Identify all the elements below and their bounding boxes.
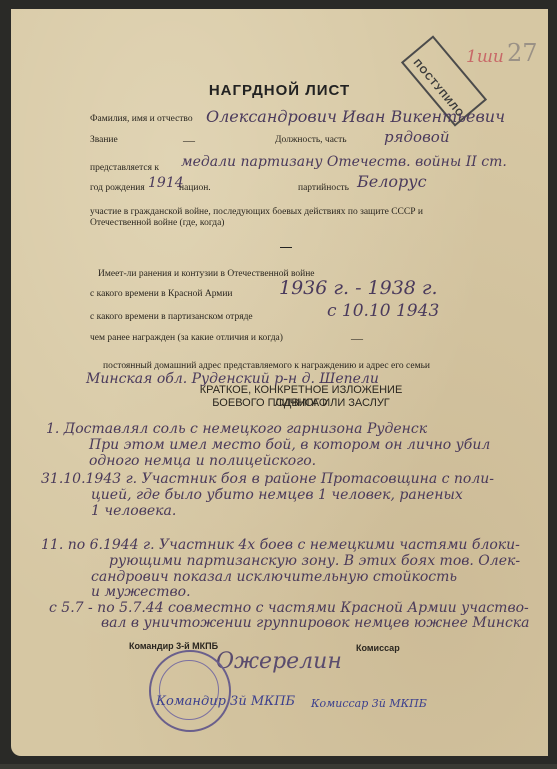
party-label: партийность: [298, 183, 349, 193]
merit-line: 1. Доставлял соль с немецкого гарнизона …: [46, 421, 427, 437]
position-value: рядовой: [384, 128, 450, 146]
red-army-label: с какого времени в Красной Армии: [90, 289, 233, 299]
commander-label: Командир 3-й МКПБ: [129, 641, 218, 651]
name-label: Фамилия, имя и отчество: [90, 114, 193, 124]
partisan-value: с 10.10 1943: [327, 301, 439, 321]
rank-label: Звание: [90, 135, 118, 145]
merit-line: цией, где было убито немцев 1 человек, р…: [91, 487, 463, 503]
prev-awards-label: чем ранее награжден (за какие отличия и …: [90, 333, 283, 343]
position-label: Должность, часть: [275, 135, 347, 145]
civil-war-dash: [280, 247, 292, 248]
red-annotation: 1ши: [466, 47, 504, 67]
party-value: Белорус: [357, 172, 427, 191]
handwritten-commissar: Комиссар 3й МКПБ: [311, 697, 427, 710]
handwritten-commander: Командир 3й МКПБ: [156, 694, 295, 709]
merit-line: При этом имел место бой, в котором он ли…: [89, 437, 490, 453]
nominated-label: представляется к: [90, 163, 159, 173]
commissar-label: Комиссар: [356, 643, 400, 653]
merit-line: рующими партизанскую зону. В этих боях т…: [109, 553, 520, 569]
red-army-value: 1936 г. - 1938 г.: [279, 277, 438, 299]
civil-war-label-1: участие в гражданской войне, последующих…: [90, 207, 423, 217]
official-seal: [149, 650, 231, 732]
merit-line: 11. по 6.1944 г. Участник 4х боев с неме…: [41, 537, 520, 553]
merit-line: 1 человека.: [91, 503, 176, 519]
commander-signature: Ожерелин: [216, 649, 342, 674]
merit-line: и мужество.: [91, 584, 191, 600]
name-value: Олександрович Иван Викентьевич: [206, 107, 505, 126]
scan-border: [0, 764, 557, 769]
merit-line: одного немца и полицейского.: [89, 453, 316, 469]
nominated-value: медали партизану Отечеств. войны II ст.: [181, 154, 507, 170]
award-sheet: ПОСТУПИЛО 1ши 27 НАГРДНОЙ ЛИСТ Фамилия, …: [11, 9, 548, 756]
merit-line: с 5.7 - по 5.7.44 совместно с частями Кр…: [49, 600, 529, 616]
grey-annotation: 27: [507, 39, 538, 67]
section-heading-2: БОЕВОГО ПОДВИГА ИЛИ ЗАСЛУГ: [181, 397, 421, 410]
civil-war-label-2: Отечественной войне (где, когда): [90, 218, 224, 228]
birth-year-label: год рождения: [90, 183, 145, 193]
merit-line: вал в уничтожении группировок немцев южн…: [101, 615, 530, 631]
nationality-label: национ.: [179, 183, 211, 193]
partisan-label: с какого времени в партизанском отряде: [90, 312, 253, 322]
merit-line: 31.10.1943 г. Участник боя в районе Прот…: [41, 471, 494, 487]
prev-awards-value: —: [351, 331, 363, 346]
page-title: НАГРДНОЙ ЛИСТ: [11, 82, 548, 99]
rank-value: —: [183, 133, 195, 148]
merit-line: сандрович показал исключительную стойкос…: [91, 569, 457, 585]
address-label: постоянный домашний адрес представляемог…: [103, 361, 430, 371]
